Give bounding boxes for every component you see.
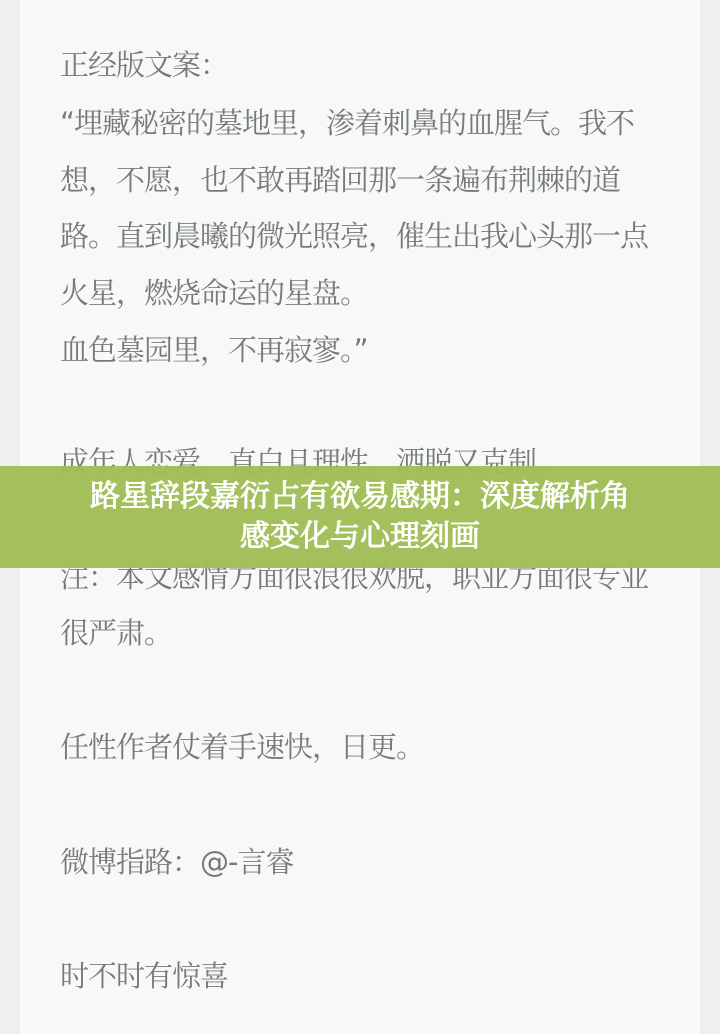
article-line: 火星，燃烧命运的星盘。: [60, 276, 368, 310]
article-line: 路。直到晨曦的微光照亮，催生出我心头那一点: [60, 219, 648, 253]
title-banner: 路星辞段嘉衍占有欲易感期：深度解析角 感变化与心理刻画: [0, 466, 720, 568]
banner-title-line-1: 路星辞段嘉衍占有欲易感期：深度解析角: [90, 477, 630, 517]
article-line: 血色墓园里，不再寂寥。”: [60, 333, 368, 367]
banner-title-line-2: 感变化与心理刻画: [240, 517, 480, 557]
article-line: 想，不愿，也不敢再踏回那一条遍布荆棘的道: [60, 163, 620, 197]
article-line: 任性作者仗着手速快，日更。: [60, 730, 424, 764]
article-line: 时不时有惊喜: [60, 959, 228, 993]
article-line: “埋藏秘密的墓地里，渗着刺鼻的血腥气。我不: [60, 106, 634, 140]
article-line: 正经版文案：: [60, 48, 228, 82]
article-line: 很严肃。: [60, 616, 172, 650]
weibo-handle-line: 微博指路：@-言睿: [60, 845, 293, 879]
